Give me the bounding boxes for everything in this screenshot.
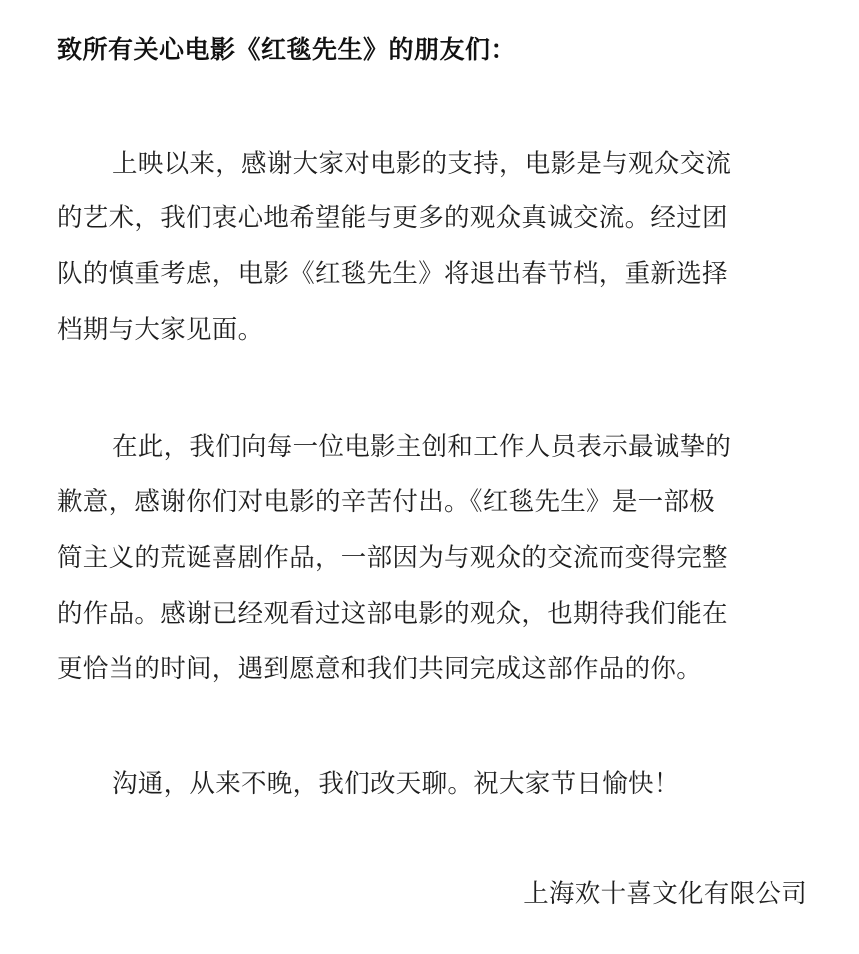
letter-salutation: 致所有关心电影《红毯先生》的朋友们： xyxy=(57,34,516,66)
paragraph-line: 沟通，从来不晚，我们改天聊。祝大家节日愉快！ xyxy=(112,767,680,801)
paragraph-line: 简主义的荒诞喜剧作品，一部因为与观众的交流而变得完整 xyxy=(57,541,728,575)
paragraph-line: 更恰当的时间，遇到愿意和我们共同完成这部作品的你。 xyxy=(57,652,702,686)
paragraph-line: 档期与大家见面。 xyxy=(57,313,263,347)
paragraph-line: 的艺术，我们衷心地希望能与更多的观众真诚交流。经过团 xyxy=(57,201,728,235)
paragraph-line: 队的慎重考虑，电影《红毯先生》将退出春节档，重新选择 xyxy=(57,257,728,291)
letter-document: 致所有关心电影《红毯先生》的朋友们： 上映以来，感谢大家对电影的支持，电影是与观… xyxy=(0,0,859,954)
paragraph-line: 在此，我们向每一位电影主创和工作人员表示最诚挚的 xyxy=(112,430,731,464)
paragraph-line: 上映以来，感谢大家对电影的支持，电影是与观众交流 xyxy=(112,147,731,181)
paragraph-line: 歉意，感谢你们对电影的辛苦付出。《红毯先生》是一部极 xyxy=(57,485,715,519)
paragraph-line: 的作品。感谢已经观看过这部电影的观众，也期待我们能在 xyxy=(57,597,728,631)
letter-signature: 上海欢十喜文化有限公司 xyxy=(523,877,807,911)
